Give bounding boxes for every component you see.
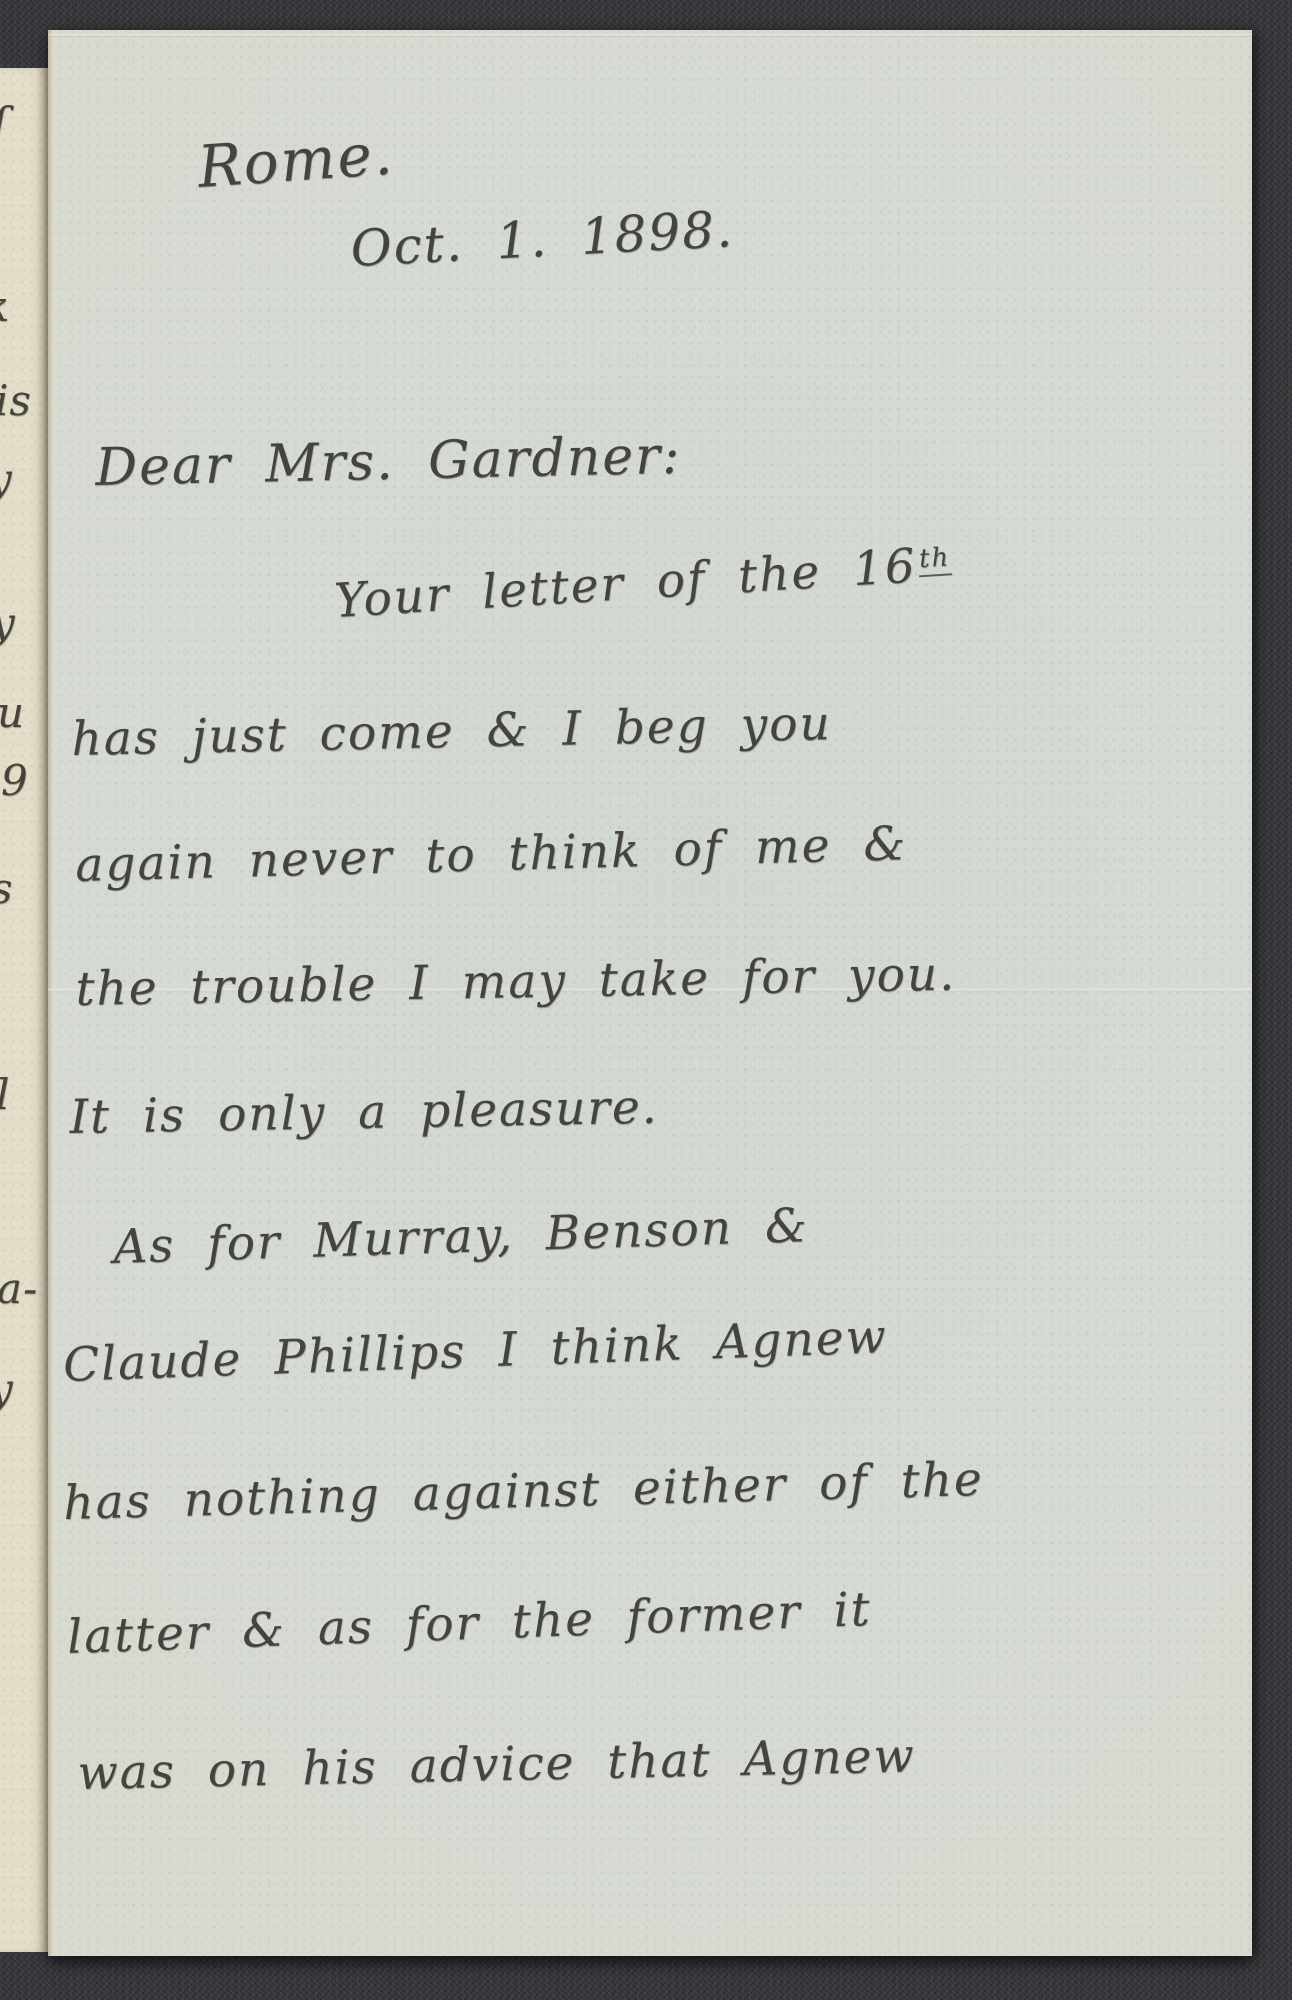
edge-stroke-fragment: s [0, 868, 14, 910]
edge-stroke-fragment: k [0, 286, 10, 328]
superscript-th: th [917, 542, 952, 577]
edge-stroke-fragment: y [0, 458, 13, 500]
edge-stroke-fragment: is [0, 380, 32, 422]
edge-stroke-fragment: u [0, 692, 25, 734]
left-page-edge: ſ k is y y u 9 s l a- y [0, 68, 48, 1952]
gutter-fold-crease [48, 30, 57, 1956]
edge-stroke-fragment: ſ [0, 102, 9, 144]
letter-place-line: Rome. [196, 124, 396, 196]
scanned-letter-photograph: ſ k is y y u 9 s l a- y Rome. Oct. 1. 18… [0, 0, 1292, 2000]
edge-stroke-fragment: y [0, 1368, 14, 1410]
letter-body-line: It is only a pleasure. [69, 1084, 659, 1141]
top-edge-highlight [48, 34, 1252, 37]
edge-stroke-fragment: 9 [1, 760, 29, 802]
edge-stroke-fragment: y [0, 602, 16, 644]
edge-stroke-fragment: l [0, 1074, 10, 1116]
letter-body-line: the trouble I may take for you. [75, 951, 956, 1013]
letter-salutation: Dear Mrs. Gardner: [95, 430, 682, 494]
edge-stroke-fragment: a- [0, 1268, 38, 1310]
